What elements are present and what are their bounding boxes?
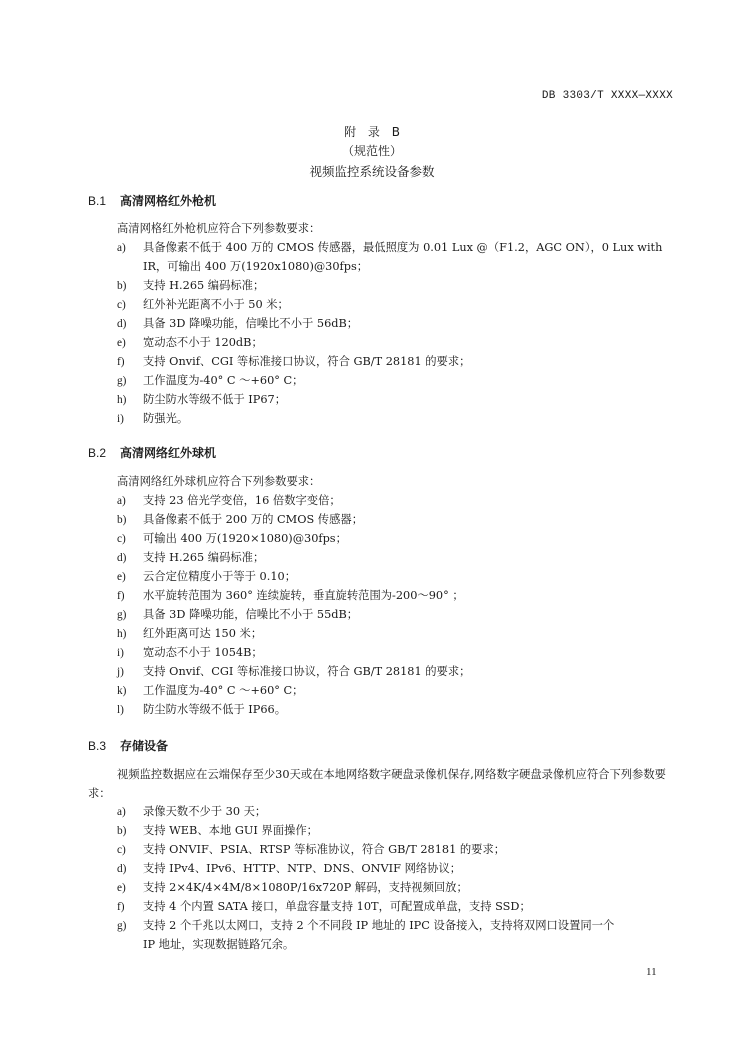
- item-text: 可输出 400 万(1920×1080)@30fps；: [143, 532, 347, 545]
- item-marker: g): [117, 375, 143, 387]
- item-text: 支持 23 倍光学变倍，16 倍数字变倍；: [143, 494, 341, 507]
- item-text: 支持 ONVIF、PSIA、RTSP 等标准协议，符合 GB/T 28181 的…: [143, 843, 505, 856]
- section-title: 高清网络红外球机: [120, 446, 216, 460]
- item-text: 支持 H.265 编码标准；: [143, 551, 264, 564]
- item-text: 具备像素不低于 200 万的 CMOS 传感器；: [143, 513, 363, 526]
- item-marker: i): [117, 413, 143, 425]
- list-item: f)支持 4 个内置 SATA 接口，单盘容量支持 10T，可配置成单盘，支持 …: [117, 898, 531, 914]
- list-item: g)具备 3D 降噪功能，信噪比不小于 55dB；: [117, 606, 358, 622]
- item-text: 支持 4 个内置 SATA 接口，单盘容量支持 10T，可配置成单盘，支持 SS…: [143, 900, 531, 913]
- list-item: b)支持 H.265 编码标准；: [117, 277, 264, 293]
- item-marker: f): [117, 590, 143, 602]
- document-code: DB 3303/T XXXX—XXXX: [542, 90, 673, 102]
- item-marker: d): [117, 552, 143, 564]
- item-text: 支持 2×4K/4×4M/8×1080P/16x720P 解码，支持视频回放；: [143, 881, 468, 894]
- item-text: 宽动态不小于 1054B；: [143, 646, 263, 659]
- appendix-subject: 视频监控系统设备参数: [0, 162, 744, 180]
- appendix-title: 附 录 B: [0, 123, 744, 140]
- section-intro: 视频监控数据应在云端保存至少30天或在本地网络数字硬盘录像机保存,网络数字硬盘录…: [88, 765, 674, 803]
- list-item: i)宽动态不小于 1054B；: [117, 644, 263, 660]
- section-title: 高清网格红外枪机: [120, 194, 216, 208]
- item-marker: a): [117, 806, 143, 818]
- item-text: 支持 Onvif、CGI 等标准接口协议，符合 GB/T 28181 的要求；: [143, 665, 470, 678]
- list-item: a)具备像素不低于 400 万的 CMOS 传感器，最低照度为 0.01 Lux…: [117, 239, 662, 255]
- section-heading-b3: B.3存储设备: [88, 737, 168, 754]
- item-text: 防尘防水等级不低于 IP66。: [143, 703, 286, 716]
- item-text: 防尘防水等级不低于 IP67；: [143, 393, 286, 406]
- list-item: k)工作温度为-40° C ～+60° C；: [117, 682, 303, 698]
- section-heading-b2: B.2高清网络红外球机: [88, 444, 216, 461]
- item-text: 支持 IPv4、IPv6、HTTP、NTP、DNS、ONVIF 网络协议；: [143, 862, 461, 875]
- item-marker: c): [117, 533, 143, 545]
- section-heading-b1: B.1高清网格红外枪机: [88, 192, 216, 209]
- item-marker: g): [117, 920, 143, 932]
- list-item: l)防尘防水等级不低于 IP66。: [117, 701, 286, 717]
- page-number: 11: [646, 966, 657, 978]
- list-item: e)云合定位精度小于等于 0.10；: [117, 568, 296, 584]
- item-text: 具备像素不低于 400 万的 CMOS 传感器，最低照度为 0.01 Lux @…: [143, 241, 662, 254]
- item-text: 红外补光距离不小于 50 米；: [143, 298, 289, 311]
- item-continuation: IP 地址，实现数据链路冗余。: [143, 936, 294, 952]
- item-text: 具备 3D 降噪功能，信噪比不小于 56dB；: [143, 317, 358, 330]
- item-marker: b): [117, 280, 143, 292]
- list-item: g)工作温度为-40° C ～+60° C；: [117, 372, 303, 388]
- item-marker: g): [117, 609, 143, 621]
- section-intro: 高清网格红外枪机应符合下列参数要求：: [117, 220, 320, 236]
- item-marker: i): [117, 647, 143, 659]
- item-marker: f): [117, 356, 143, 368]
- list-item: c)可输出 400 万(1920×1080)@30fps；: [117, 530, 347, 546]
- list-item: f)支持 Onvif、CGI 等标准接口协议，符合 GB/T 28181 的要求…: [117, 353, 470, 369]
- list-item: h)红外距离可达 150 米；: [117, 625, 262, 641]
- section-title: 存储设备: [120, 739, 168, 753]
- item-marker: l): [117, 704, 143, 716]
- list-item: j)支持 Onvif、CGI 等标准接口协议，符合 GB/T 28181 的要求…: [117, 663, 470, 679]
- item-marker: e): [117, 882, 143, 894]
- list-item: d)支持 H.265 编码标准；: [117, 549, 264, 565]
- list-item: e)支持 2×4K/4×4M/8×1080P/16x720P 解码，支持视频回放…: [117, 879, 468, 895]
- item-marker: h): [117, 628, 143, 640]
- item-marker: a): [117, 242, 143, 254]
- item-text: 云合定位精度小于等于 0.10；: [143, 570, 296, 583]
- item-marker: c): [117, 299, 143, 311]
- item-text: 工作温度为-40° C ～+60° C；: [143, 684, 303, 697]
- item-marker: j): [117, 666, 143, 678]
- item-marker: c): [117, 844, 143, 856]
- item-text: 具备 3D 降噪功能，信噪比不小于 55dB；: [143, 608, 358, 621]
- section-number: B.2: [88, 446, 120, 460]
- item-marker: e): [117, 571, 143, 583]
- list-item: f)水平旋转范围为 360° 连续旋转，垂直旋转范围为-200～90° ；: [117, 587, 464, 603]
- list-item: c)支持 ONVIF、PSIA、RTSP 等标准协议，符合 GB/T 28181…: [117, 841, 505, 857]
- section-intro: 高清网络红外球机应符合下列参数要求：: [117, 473, 320, 489]
- item-marker: d): [117, 318, 143, 330]
- appendix-type: （规范性）: [0, 142, 744, 159]
- item-text: 支持 2 个千兆以太网口，支持 2 个不同段 IP 地址的 IPC 设备接入，支…: [143, 919, 614, 932]
- item-text: 支持 H.265 编码标准；: [143, 279, 264, 292]
- item-marker: b): [117, 825, 143, 837]
- item-text: 支持 WEB、本地 GUI 界面操作；: [143, 824, 318, 837]
- item-text: 录像天数不少于 30 天；: [143, 805, 266, 818]
- section-number: B.1: [88, 194, 120, 208]
- item-marker: h): [117, 394, 143, 406]
- item-marker: k): [117, 685, 143, 697]
- item-text: 宽动态不小于 120dB；: [143, 336, 263, 349]
- item-text: 支持 Onvif、CGI 等标准接口协议，符合 GB/T 28181 的要求；: [143, 355, 470, 368]
- section-number: B.3: [88, 739, 120, 753]
- list-item: b)具备像素不低于 200 万的 CMOS 传感器；: [117, 511, 363, 527]
- list-item: i)防强光。: [117, 410, 188, 426]
- list-item: b)支持 WEB、本地 GUI 界面操作；: [117, 822, 318, 838]
- list-item: a)支持 23 倍光学变倍，16 倍数字变倍；: [117, 492, 341, 508]
- list-item: c)红外补光距离不小于 50 米；: [117, 296, 289, 312]
- item-marker: b): [117, 514, 143, 526]
- list-item: a)录像天数不少于 30 天；: [117, 803, 266, 819]
- list-item: d)具备 3D 降噪功能，信噪比不小于 56dB；: [117, 315, 358, 331]
- list-item: h)防尘防水等级不低于 IP67；: [117, 391, 286, 407]
- item-continuation: IR，可输出 400 万(1920x1080)@30fps；: [143, 258, 368, 274]
- item-marker: f): [117, 901, 143, 913]
- item-text: 水平旋转范围为 360° 连续旋转，垂直旋转范围为-200～90° ；: [143, 589, 464, 602]
- item-marker: e): [117, 337, 143, 349]
- list-item: d)支持 IPv4、IPv6、HTTP、NTP、DNS、ONVIF 网络协议；: [117, 860, 461, 876]
- item-text: 防强光。: [143, 412, 188, 425]
- list-item: g)支持 2 个千兆以太网口，支持 2 个不同段 IP 地址的 IPC 设备接入…: [117, 917, 614, 933]
- item-marker: a): [117, 495, 143, 507]
- item-text: 红外距离可达 150 米；: [143, 627, 262, 640]
- item-marker: d): [117, 863, 143, 875]
- item-text: 工作温度为-40° C ～+60° C；: [143, 374, 303, 387]
- list-item: e)宽动态不小于 120dB；: [117, 334, 263, 350]
